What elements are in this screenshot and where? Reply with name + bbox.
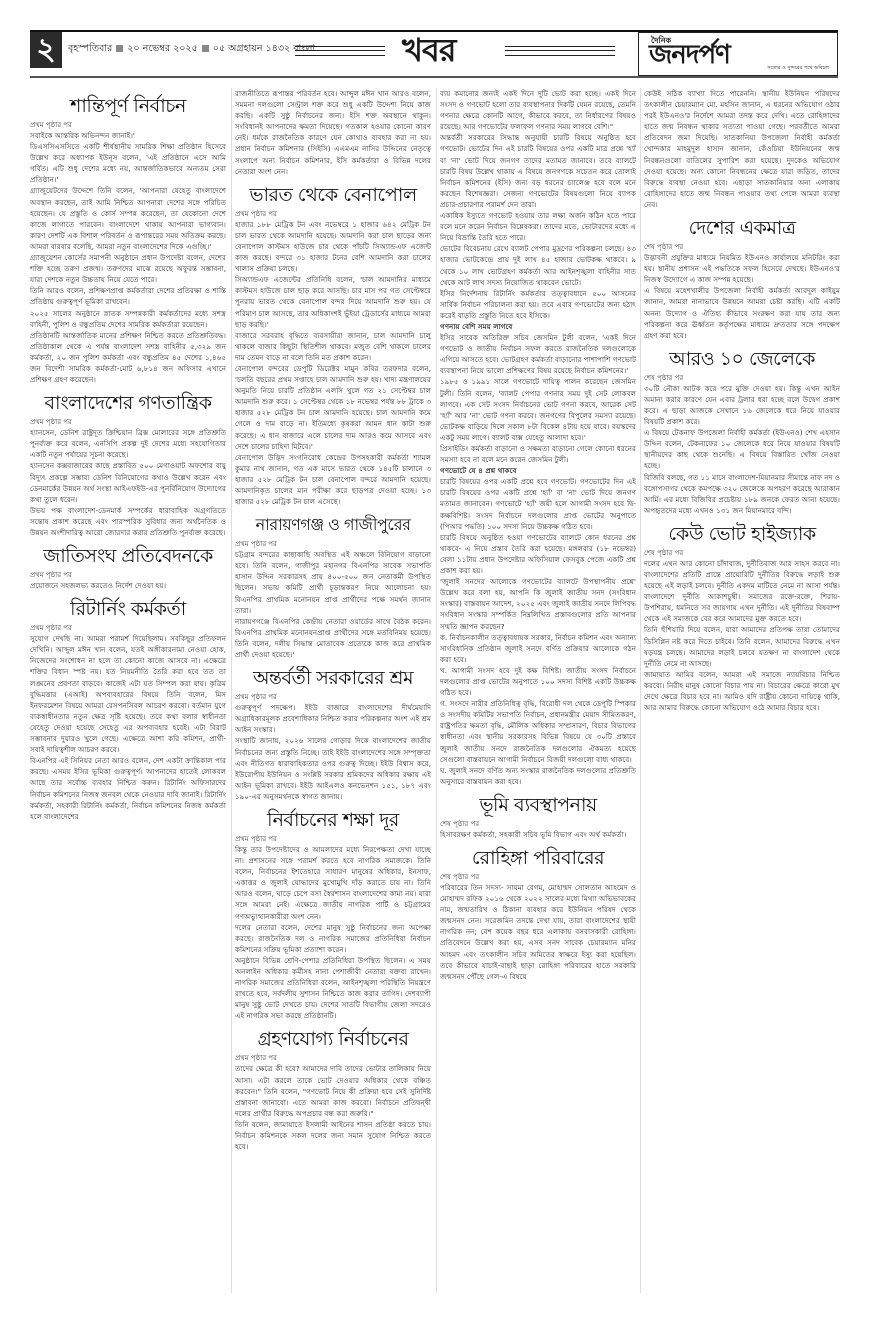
paragraph: জামায়াত আমির বলেন, আমরা এই সমাজে ন্যায়… xyxy=(644,669,840,713)
continued-label: প্রথম পৃষ্ঠার পর xyxy=(235,1053,431,1063)
decorative-rules-left xyxy=(295,46,385,56)
paragraph: কেউই সঠিক ব্যাখ্যা দিতে পারেননি। স্থানীয… xyxy=(644,88,840,210)
paragraph: গ. সংসদে নারীর প্রতিনিধিত্ব বৃদ্ধি, বিরো… xyxy=(440,698,636,765)
paragraph: তিনি বলেন, জামায়াতে ইসলামী আইনের শাসন প… xyxy=(235,1119,431,1152)
paragraph: গুরুত্বপূর্ণ পদক্ষেপ। ইইউ বাজারে বাংলাদে… xyxy=(235,702,431,735)
article-vote-hijack: কেউ ভোট হাইজ্যাক শেষ পৃষ্ঠার পর দলের এখন… xyxy=(644,522,840,713)
article-shantipurno-nirbachon: শান্তিপূর্ণ নির্বাচন প্রথম পৃষ্ঠার পর সব… xyxy=(30,94,226,385)
column-4: কেউই সঠিক ব্যাখ্যা দিতে পারেননি। স্থানীয… xyxy=(644,88,840,1293)
paragraph: হিসাবরক্ষণ কর্মকর্তা, সহকারী সচিব ভূমি ব… xyxy=(440,829,636,840)
paragraph: পরিবারের তিন সদস্য- সায়মা বেগম, মোহাম্ম… xyxy=(440,882,636,982)
paragraph: ভোটের বিবেচনায় রেখে ব্যালট পেপার মুদ্রণ… xyxy=(440,243,636,287)
article-rohingya-continued: কেউই সঠিক ব্যাখ্যা দিতে পারেননি। স্থানীয… xyxy=(644,88,840,210)
article-aro-10-jele: আরও ১০ জেলেকে শেষ পৃষ্ঠার পর ৩০টি নৌকা আ… xyxy=(644,347,840,516)
section-title: খবর xyxy=(402,32,455,68)
logo-name: জনদর্পণ xyxy=(649,41,730,69)
paragraph: বিজিবি বলছে, গত ১১ মাসে বাংলাদেশ-মিয়ানম… xyxy=(644,472,840,516)
date-gregorian: ২০ নভেম্বর ২০২৫ xyxy=(127,43,197,54)
paragraph: ক. নির্বাচনকালীন তত্ত্বাবধায়ক সরকার, নি… xyxy=(440,632,636,665)
article-jatisongho-protibedon: জাতিসংঘ প্রতিবেদনকে প্রথম পৃষ্ঠার পর প্র… xyxy=(30,544,226,591)
paragraph: এ বিষয়ে মহেশখালীর উপজেলা নির্বাহী কর্মক… xyxy=(644,285,840,340)
paragraph: খ. আগামী সংসদ হবে দুই কক্ষ বিশিষ্ট। জাতী… xyxy=(440,665,636,698)
continued-label: প্রথম পৃষ্ঠার পর xyxy=(30,417,226,427)
paragraph: ৩০টি নৌকা আটক করে পরে মুক্তি দেওয়া হয়।… xyxy=(644,383,840,427)
paragraph: দলের নেতারা বলেন, দেশের মানুষ সুষ্ঠু নির… xyxy=(235,922,431,955)
paragraph: তিনি আরও বলেন, প্রশিক্ষণপ্রাপ্ত কর্মকর্ত… xyxy=(30,285,226,307)
continued-label: প্রথম পৃষ্ঠার পর xyxy=(235,539,431,549)
paragraph: বেনাপোল বন্দরের ডেপুটি ডিরেক্টর মামুন কব… xyxy=(235,363,431,452)
article-election-fear: নির্বাচনের শক্ষা দূর প্রথম পৃষ্ঠার পর কি… xyxy=(235,808,431,1022)
headline[interactable]: নির্বাচনের শক্ষা দূর xyxy=(235,808,431,832)
continued-label: শেষ পৃষ্ঠার পর xyxy=(440,872,636,882)
continued-label: প্রথম পৃষ্ঠার পর xyxy=(235,209,431,219)
column-divider xyxy=(640,88,641,1293)
continued-label: শেষ পৃষ্ঠার পর xyxy=(644,373,840,383)
paragraph: অন্তর্বর্তী সরকারের সিদ্ধান্ত অনুযায়ী চ… xyxy=(440,132,636,210)
paragraph: উভয় পক্ষ বাংলাদেশ-ডেনমার্ক সম্পর্কের ধা… xyxy=(30,505,226,538)
paragraph: ২০২৫ সালের অনুষ্ঠানে স্নাতক সম্পন্নকারী … xyxy=(30,308,226,330)
column-divider xyxy=(436,88,437,1293)
paragraph: সংস্থাটি জানায়, ২০২৬ সালের গোড়ার দিকে … xyxy=(235,735,431,802)
paragraph: এ বিষয়ে টেকনাফ উপজেলা নির্বাহী কর্মকর্ত… xyxy=(644,427,840,471)
paragraph: নারায়ণগঞ্জে বিএনপির কেন্দ্রীয় নেতারা ও… xyxy=(235,616,431,660)
paragraph: ডিএসসিএসসিতে একটি শীর্ষস্থানীয় সামরিক শ… xyxy=(30,141,226,185)
paragraph: তাদের ক্ষেত্রে কী হবে? আমাদের দাবি তাদের… xyxy=(235,1063,431,1118)
masthead: ২ বৃহস্পতিবার২০ নভেম্বর ২০২৫০৫ অগ্রহায়ন… xyxy=(30,30,838,68)
article-narayanganj-gazipur: নারায়ণগঞ্জ ও গাজীপুরের প্রথম পৃষ্ঠার পর… xyxy=(235,513,431,660)
paragraph: হ্যানসেন কক্সবাজারের কাছে প্রস্তাবিত ৫০০… xyxy=(30,460,226,504)
headline[interactable]: দেশের একমাত্র xyxy=(644,216,840,240)
headline[interactable]: জাতিসংঘ প্রতিবেদনকে xyxy=(30,544,226,568)
headline[interactable]: কেউ ভোট হাইজ্যাক xyxy=(644,522,840,546)
article-desher-ekmatro: দেশের একমাত্র শেষ পৃষ্ঠার পর উদ্ভাবনী প্… xyxy=(644,216,840,341)
paragraph: গ্র্যাজুয়েটদের উদ্দেশে তিনি বলেন, 'আপনা… xyxy=(30,185,226,252)
paragraph: সুযোগ দেখছি না। আমরা পরামর্শ দিয়েছিলাম।… xyxy=(30,633,226,755)
headline[interactable]: গ্রহণযোগ্য নির্বাচনের xyxy=(235,1027,431,1051)
continued-label: শেষ পৃষ্ঠার পর xyxy=(440,819,636,829)
article-bangladesher-gonotantrik: বাংলাদেশের গণতান্ত্রিক প্রথম পৃষ্ঠার পর … xyxy=(30,391,226,538)
paragraph: ১৯৮৫ ও ১৯৯১ সালে গণভোটে দায়িত্ব পালন কর… xyxy=(440,376,636,443)
decorative-rules-right xyxy=(505,46,615,56)
headline[interactable]: নারায়ণগঞ্জ ও গাজীপুরের xyxy=(235,513,431,537)
paragraph: অনুষ্ঠানে বিভিন্ন শ্রেণি-পেশার প্রতিনিধি… xyxy=(235,955,431,1022)
paragraph: চারটি বিষয়ে অনুষ্ঠিত হওয়া গণভোটের ব্যা… xyxy=(440,532,636,576)
article-continued-top: রাজনীতিতে রূপান্তর পরিবর্তন হবে। আব্দুল … xyxy=(235,88,431,177)
paragraph: চারটি বিষয়ের ওপর একটি প্রশ্নে হবে গণভোট… xyxy=(440,476,636,531)
column-2: রাজনীতিতে রূপান্তর পরিবর্তন হবে। আব্দুল … xyxy=(235,88,431,1293)
headline[interactable]: অন্তর্বর্তী সরকারের শ্রম xyxy=(235,666,431,690)
day: বৃহস্পতিবার xyxy=(68,43,112,54)
paragraph: হাজার ১৮৮ মেট্রিক টন এবং নভেম্বরে ১ হাজা… xyxy=(235,219,431,274)
paragraph: ঘ. জুলাই সনদে বর্ণিত অন্য সংস্কার রাজনৈত… xyxy=(440,765,636,787)
masthead-divider xyxy=(30,76,838,78)
paragraph: চট্টগ্রাম বন্দরের কাছাকাছি অবস্থিত এই অঞ… xyxy=(235,549,431,616)
paragraph: রাজনীতিতে রূপান্তর পরিবর্তন হবে। আব্দুল … xyxy=(235,88,431,177)
paragraph: তিনি হুঁশিয়ারি দিয়ে বলেন, যারা আমাদের … xyxy=(644,624,840,668)
article-bharat-theke-benapole: ভারত থেকে বেনাপোল প্রথম পৃষ্ঠার পর হাজার… xyxy=(235,183,431,507)
paragraph: সিঅ্যান্ডএফ এজেন্টের প্রতিনিধি বলেন, 'চা… xyxy=(235,274,431,329)
paragraph: বেনাপোল উদ্ভিদ সংগনিরোধ কেন্দ্রের উপসহকা… xyxy=(235,452,431,507)
newspaper-logo: দৈনিক জনদর্পণ সত্যের ও সুন্দরের পথে অবিচ… xyxy=(638,32,838,76)
paragraph: ব্যয় কমানোর জন্যই একই দিনে দুটি ভোট করা… xyxy=(440,88,636,132)
column-1: শান্তিপূর্ণ নির্বাচন প্রথম পৃষ্ঠার পর সব… xyxy=(30,88,226,822)
paragraph: উদ্ভাবনী প্রযুক্তির মাধ্যমে নিয়মিত ইউএন… xyxy=(644,252,840,285)
headline[interactable]: আরও ১০ জেলেকে xyxy=(644,347,840,371)
logo-tagline: সত্যের ও সুন্দরের পথে অবিচল xyxy=(767,65,829,73)
continued-label: প্রথম পৃষ্ঠার পর xyxy=(30,623,226,633)
article-land-management: ভূমি ব্যবস্থাপনায় শেষ পৃষ্ঠার পর হিসাবর… xyxy=(440,793,636,840)
paragraph: বাজারে সরবরাহ বৃদ্ধিতে ব্যবসায়ীরা জানান… xyxy=(235,330,431,363)
headline[interactable]: ভারত থেকে বেনাপোল xyxy=(235,183,431,207)
paragraph: সবাইকে আন্তরিক অভিনন্দন জানাই।' xyxy=(30,130,226,141)
separator-square-icon xyxy=(202,45,209,52)
paragraph: একাধিক ইস্যুতে গণভোট হওয়ায় তার লক্ষ্য … xyxy=(440,210,636,243)
paragraph: ইসির নির্দেশনায় রিটার্নিং কর্মকর্তার তত… xyxy=(440,288,636,321)
headline[interactable]: রিটার্নিং কর্মকর্তা xyxy=(30,597,226,621)
separator-square-icon xyxy=(116,45,123,52)
article-interim-govt-labour: অন্তর্বর্তী সরকারের শ্রম প্রথম পৃষ্ঠার প… xyxy=(235,666,431,802)
paragraph: ইসির সাবেক অতিরিক্ত সচিব জেসমিন টুলী বলে… xyxy=(440,332,636,376)
paragraph: গ্র্যাজুয়েশন কোর্সের সমাপনী অনুষ্ঠানে প… xyxy=(30,252,226,285)
paragraph: কিন্তু তার উপদেষ্টাদের ও আমলাদের মধ্যে ন… xyxy=(235,844,431,922)
continued-label: শেষ পৃষ্ঠার পর xyxy=(644,242,840,252)
article-rohingya-family: রোহিঙ্গা পরিবারের শেষ পৃষ্ঠার পর পরিবারে… xyxy=(440,846,636,982)
headline[interactable]: ভূমি ব্যবস্থাপনায় xyxy=(440,793,636,817)
article-acceptable-election: গ্রহণযোগ্য নির্বাচনের প্রথম পৃষ্ঠার পর ত… xyxy=(235,1027,431,1152)
paragraph: প্রতিষ্ঠানটি আন্তর্জাতিক মানের প্রশিক্ষণ… xyxy=(30,330,226,385)
continued-label: প্রথম পৃষ্ঠার পর xyxy=(235,692,431,702)
subheading: গণনায় বেশি সময় লাগবে xyxy=(440,321,636,332)
headline[interactable]: বাংলাদেশের গণতান্ত্রিক xyxy=(30,391,226,415)
column-divider xyxy=(231,88,232,1293)
paragraph: 'জুলাই সনদের আলোকে গণভোটের ব্যালটে উপস্থ… xyxy=(440,576,636,631)
paragraph: হ্যানসেন, ডেনিশ রাষ্ট্রদূত ক্রিশ্চিয়ান … xyxy=(30,427,226,460)
paragraph: বিএনপির এই সিনিয়র নেতা আরও বলেন, দেশ এক… xyxy=(30,755,226,822)
dateline: বৃহস্পতিবার২০ নভেম্বর ২০২৫০৫ অগ্রহায়ন ১… xyxy=(68,42,315,57)
article-returning-officer: রিটার্নিং কর্মকর্তা প্রথম পৃষ্ঠার পর সুয… xyxy=(30,597,226,822)
continued-label: শেষ পৃষ্ঠার পর xyxy=(644,548,840,558)
continued-label: প্রথম পৃষ্ঠার পর xyxy=(30,570,226,580)
headline[interactable]: রোহিঙ্গা পরিবারের xyxy=(440,846,636,870)
paragraph: দলের এখন আর কোনো চাঁদাবাজ, দুর্নীতিবাজ আ… xyxy=(644,558,840,625)
continued-label: প্রথম পৃষ্ঠার পর xyxy=(30,120,226,130)
paragraph: প্রয়োজনে সহজলভ্য করতেও নির্দেশ দেওয়া হ… xyxy=(30,580,226,591)
newspaper-page: ২ বৃহস্পতিবার২০ নভেম্বর ২০২৫০৫ অগ্রহায়ন… xyxy=(30,30,838,1295)
page-number: ২ xyxy=(30,32,62,68)
headline[interactable]: শান্তিপূর্ণ নির্বাচন xyxy=(30,94,226,118)
column-3: ব্যয় কমানোর জন্যই একই দিনে দুটি ভোট করা… xyxy=(440,88,636,1293)
subheading: গণভোটে যে ৪ প্রশ্ন থাকবে xyxy=(440,465,636,476)
article-referendum-continued: ব্যয় কমানোর জন্যই একই দিনে দুটি ভোট করা… xyxy=(440,88,636,787)
paragraph: প্রিসাইডিং কর্মকর্তা বাড়ানো ও সক্ষমতা ব… xyxy=(440,443,636,465)
continued-label: প্রথম পৃষ্ঠার পর xyxy=(235,834,431,844)
